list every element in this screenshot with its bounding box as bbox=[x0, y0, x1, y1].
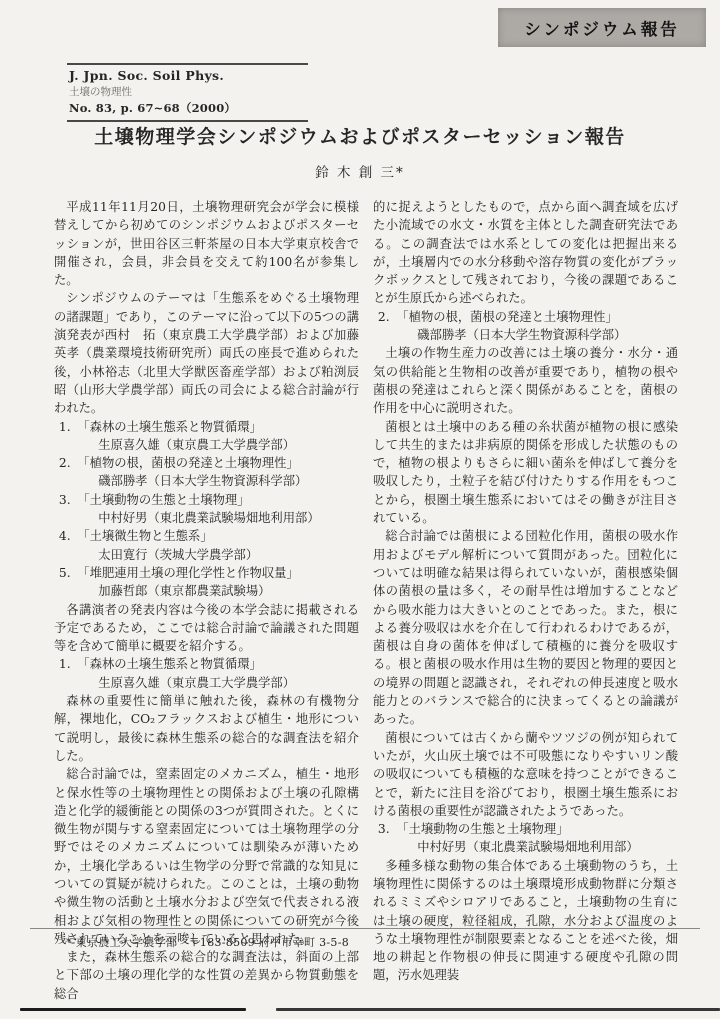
paragraph: 土壌の作物生産力の改善には土壌の養分・水分・通気の供給能と生物相の改善が重要であ… bbox=[373, 344, 678, 417]
journal-header: J. Jpn. Soc. Soil Phys. 土壌の物理性 No. 83, p… bbox=[67, 63, 308, 122]
badge-label: シンポジウム報告 bbox=[524, 16, 679, 40]
paragraph: 森林の重要性に簡単に触れた後，森林の有機物分解，裸地化，CO₂フラックスおよび植… bbox=[54, 692, 359, 765]
body-columns: 平成11年11月20日，土壌物理研究会が学会に模様替えしてから初めてのシンポジウ… bbox=[54, 198, 678, 1003]
session-heading: 4.「土壌微生物と生態系」 bbox=[54, 527, 359, 545]
column-left: 平成11年11月20日，土壌物理研究会が学会に模様替えしてから初めてのシンポジウ… bbox=[54, 198, 359, 1003]
page-edge-line-right bbox=[276, 1008, 720, 1011]
item-title: 「土壌動物の生態と土壌物理」 bbox=[396, 820, 568, 838]
paragraph: 菌根については古くから蘭やツツジの例が知られていたが，火山灰土壌では不可吸態にな… bbox=[373, 729, 678, 820]
footnote: * 東京農工大学農学部 〒183-8509 府中市幸町 3-5-8 bbox=[66, 934, 349, 950]
item-number: 2. bbox=[54, 454, 77, 472]
item-title: 「土壌微生物と生態系」 bbox=[77, 527, 212, 545]
session-heading: 1.「森林の土壌生態系と物質循環」 bbox=[54, 418, 359, 436]
paragraph: 菌根とは土壌中のある種の糸状菌が植物の根に感染して共生的または非病原的関係を形成… bbox=[373, 418, 678, 528]
journal-name-en: J. Jpn. Soc. Soil Phys. bbox=[69, 68, 306, 83]
article-author: 鈴 木 創 三* bbox=[0, 161, 720, 181]
paragraph: 各講演者の発表内容は今後の本学会誌に掲載される予定であるため，ここでは総合討論で… bbox=[54, 601, 359, 656]
paragraph: 的に捉えようとしたもので，点から面へ調査域を広げた小流域での水文・水質を主体とし… bbox=[373, 198, 678, 308]
item-number: 1. bbox=[54, 418, 77, 436]
paragraph: また，森林生態系の総合的な調査法は，斜面の上部と下部の土壌の理化学的な性質の差異… bbox=[54, 948, 359, 1003]
item-title: 「森林の土壌生態系と物質循環」 bbox=[77, 418, 261, 436]
speaker-line: 磯部勝孝（日本大学生物資源科学部） bbox=[373, 326, 678, 344]
item-title: 「土壌動物の生態と土壌物理」 bbox=[77, 491, 249, 509]
item-title: 「森林の土壌生態系と物質循環」 bbox=[77, 655, 261, 673]
item-number: 2. bbox=[373, 308, 396, 326]
paragraph: シンポジウムのテーマは「生態系をめぐる土壌物理の諸課題」であり，このテーマに沿っ… bbox=[54, 289, 359, 417]
footnote-rule bbox=[30, 928, 700, 929]
journal-page: シンポジウム報告 J. Jpn. Soc. Soil Phys. 土壌の物理性 … bbox=[0, 0, 720, 1019]
session-heading: 3.「土壌動物の生態と土壌物理」 bbox=[54, 491, 359, 509]
symposium-report-badge: シンポジウム報告 bbox=[498, 8, 706, 47]
session-heading: 2.「植物の根，菌根の発達と土壌物理性」 bbox=[373, 308, 678, 326]
item-number: 5. bbox=[54, 564, 77, 582]
speaker-line: 太田寛行（茨城大学農学部） bbox=[54, 546, 359, 564]
page-edge-line-left bbox=[20, 1008, 246, 1011]
item-number: 1. bbox=[54, 655, 77, 673]
item-number: 3. bbox=[54, 491, 77, 509]
item-title: 「植物の根，菌根の発達と土壌物理性」 bbox=[396, 308, 617, 326]
session-heading: 3.「土壌動物の生態と土壌物理」 bbox=[373, 820, 678, 838]
item-number: 3. bbox=[373, 820, 396, 838]
item-title: 「堆肥連用土壌の理化学性と作物収量」 bbox=[77, 564, 298, 582]
paragraph: 多種多様な動物の集合体である土壌動物のうち，土壌物理性に関係するのは土壌環境形成… bbox=[373, 857, 678, 985]
session-heading: 2.「植物の根，菌根の発達と土壌物理性」 bbox=[54, 454, 359, 472]
speaker-line: 生原喜久雄（東京農工大学農学部） bbox=[54, 674, 359, 692]
session-heading: 1.「森林の土壌生態系と物質循環」 bbox=[54, 655, 359, 673]
paragraph: 総合討論では，窒素固定のメカニズム，植生・地形と保水性等の土壌物理性との関係およ… bbox=[54, 765, 359, 948]
column-right: 的に捉えようとしたもので，点から面へ調査域を広げた小流域での水文・水質を主体とし… bbox=[373, 198, 678, 1003]
item-number: 4. bbox=[54, 527, 77, 545]
item-title: 「植物の根，菌根の発達と土壌物理性」 bbox=[77, 454, 298, 472]
journal-issue: No. 83, p. 67~68（2000） bbox=[69, 100, 306, 116]
paragraph: 総合討論では菌根による団粒化作用，菌根の吸水作用およびモデル解析について質問があ… bbox=[373, 527, 678, 728]
paragraph: 平成11年11月20日，土壌物理研究会が学会に模様替えしてから初めてのシンポジウ… bbox=[54, 198, 359, 289]
speaker-line: 磯部勝孝（日本大学生物資源科学部） bbox=[54, 472, 359, 490]
article-title: 土壌物理学会シンポジウムおよびポスターセッション報告 bbox=[0, 122, 720, 149]
journal-name-jp: 土壌の物理性 bbox=[69, 84, 306, 99]
session-heading: 5.「堆肥連用土壌の理化学性と作物収量」 bbox=[54, 564, 359, 582]
speaker-line: 生原喜久雄（東京農工大学農学部） bbox=[54, 436, 359, 454]
speaker-line: 中村好男（東北農業試験場畑地利用部） bbox=[373, 838, 678, 856]
speaker-line: 加藤哲郎（東京都農業試験場） bbox=[54, 582, 359, 600]
speaker-line: 中村好男（東北農業試験場畑地利用部） bbox=[54, 509, 359, 527]
